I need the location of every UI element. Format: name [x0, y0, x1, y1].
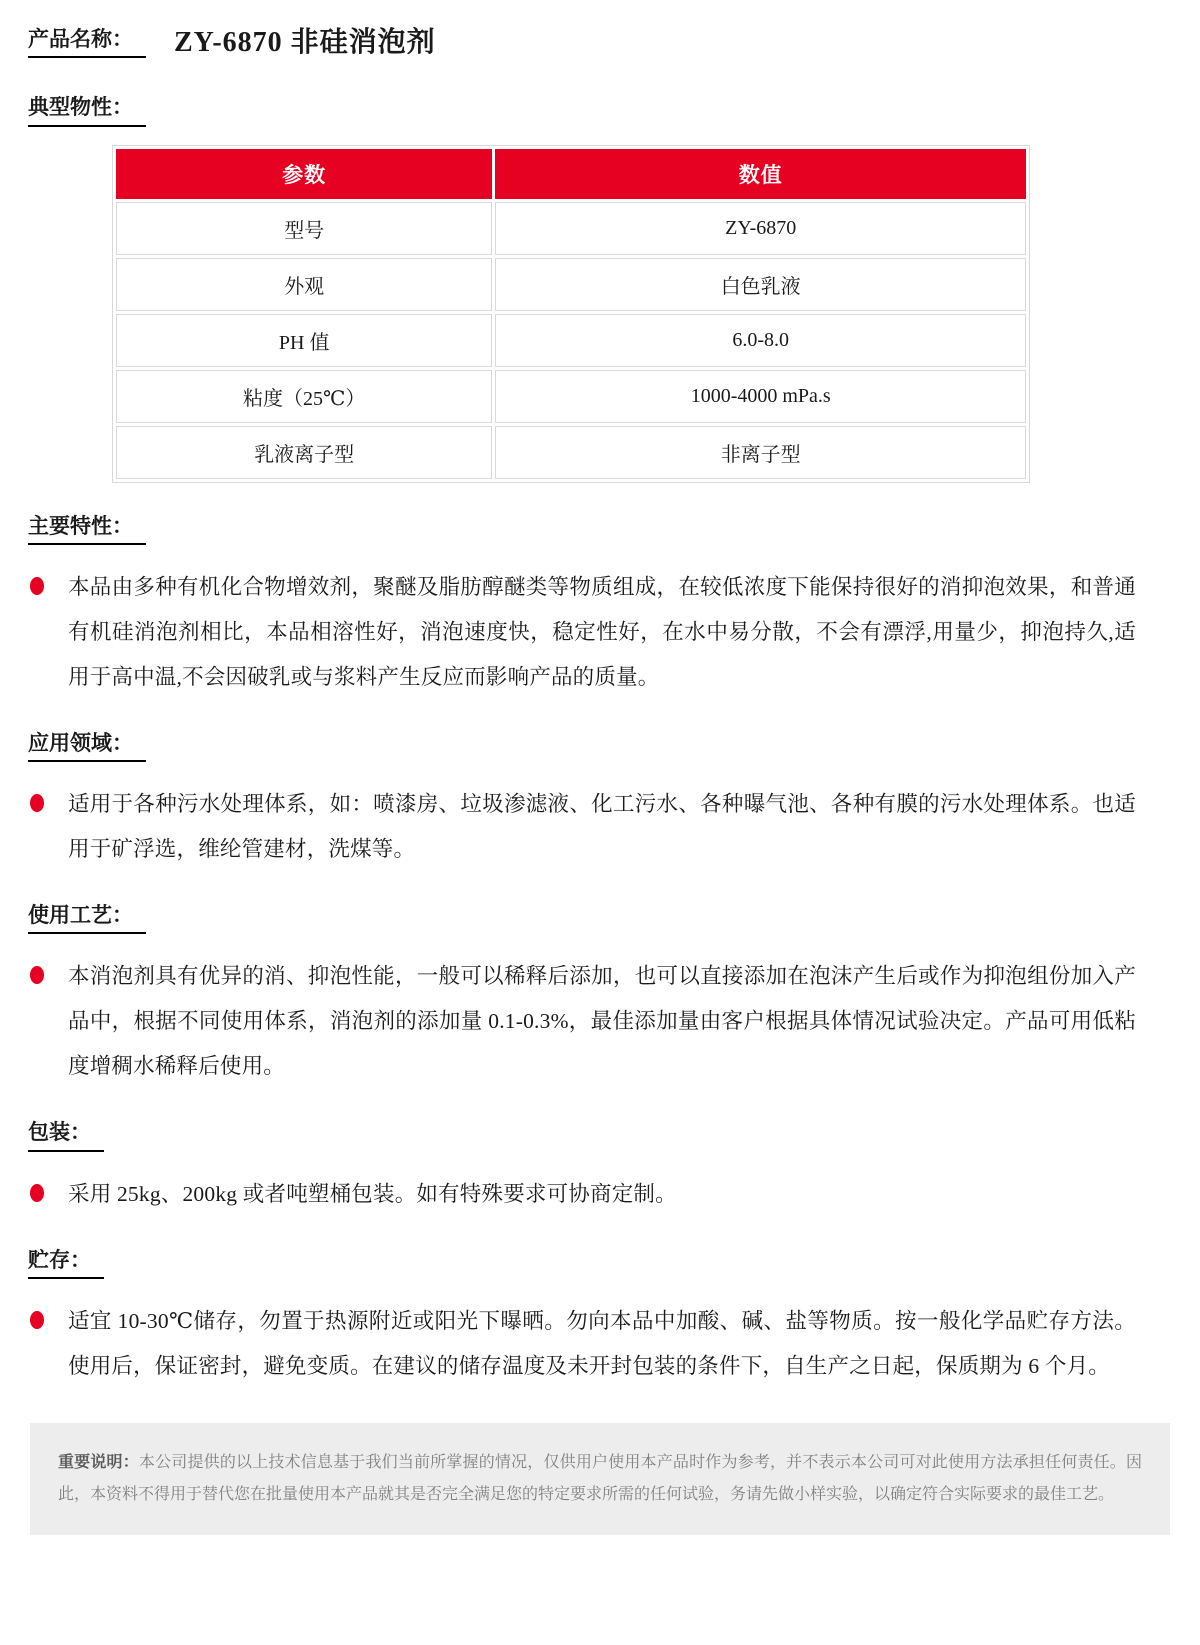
- bullet-icon: [30, 1311, 44, 1329]
- usage-process-text: 本消泡剂具有优异的消、抑泡性能，一般可以稀释后添加，也可以直接添加在泡沫产生后或…: [68, 954, 1136, 1089]
- section-usage-process: 使用工艺：: [28, 902, 1200, 934]
- param-cell: 乳液离子型: [116, 426, 492, 479]
- value-cell: 1000-4000 mPa.s: [495, 370, 1026, 423]
- table-row: PH 值 6.0-8.0: [116, 314, 1026, 367]
- section-heading-usage-process: 使用工艺：: [28, 902, 146, 934]
- param-cell: PH 值: [116, 314, 492, 367]
- section-heading-storage: 贮存：: [28, 1247, 104, 1279]
- table-row: 外观 白色乳液: [116, 258, 1026, 311]
- bullet-icon: [30, 1184, 44, 1202]
- value-cell: 非离子型: [495, 426, 1026, 479]
- application-areas-text: 适用于各种污水处理体系，如：喷漆房、垃圾渗滤液、化工污水、各种曝气池、各种有膜的…: [68, 782, 1136, 872]
- section-storage: 贮存：: [28, 1247, 1200, 1279]
- storage-text: 适宜 10-30℃储存，勿置于热源附近或阳光下曝晒。勿向本品中加酸、碱、盐等物质…: [68, 1299, 1136, 1389]
- column-header-parameter: 参数: [116, 149, 492, 199]
- section-heading-typical-properties: 典型物性：: [28, 94, 146, 126]
- page-title: ZY-6870 非硅消泡剂: [174, 28, 436, 59]
- section-packaging: 包装：: [28, 1119, 1200, 1151]
- param-cell: 外观: [116, 258, 492, 311]
- list-item: 适用于各种污水处理体系，如：喷漆房、垃圾渗滤液、化工污水、各种曝气池、各种有膜的…: [30, 782, 1136, 872]
- section-heading-main-features: 主要特性：: [28, 513, 146, 545]
- important-notice-box: 重要说明：本公司提供的以上技术信息基于我们当前所掌握的情况，仅供用户使用本产品时…: [30, 1423, 1170, 1535]
- value-cell: ZY-6870: [495, 202, 1026, 255]
- value-cell: 6.0-8.0: [495, 314, 1026, 367]
- list-item: 本品由多种有机化合物增效剂，聚醚及脂肪醇醚类等物质组成，在较低浓度下能保持很好的…: [30, 565, 1136, 700]
- table-row: 乳液离子型 非离子型: [116, 426, 1026, 479]
- section-application-areas: 应用领域：: [28, 730, 1200, 762]
- properties-table: 参数 数值 型号 ZY-6870 外观 白色乳液 PH 值 6.0-8.0 粘度…: [112, 145, 1030, 483]
- packaging-text: 采用 25kg、200kg 或者吨塑桶包装。如有特殊要求可协商定制。: [68, 1172, 1136, 1217]
- bullet-icon: [30, 577, 44, 595]
- section-heading-packaging: 包装：: [28, 1119, 104, 1151]
- main-features-text: 本品由多种有机化合物增效剂，聚醚及脂肪醇醚类等物质组成，在较低浓度下能保持很好的…: [68, 565, 1136, 700]
- param-cell: 型号: [116, 202, 492, 255]
- notice-text: 本公司提供的以上技术信息基于我们当前所掌握的情况，仅供用户使用本产品时作为参考，…: [58, 1454, 1142, 1503]
- column-header-value: 数值: [495, 149, 1026, 199]
- bullet-icon: [30, 966, 44, 984]
- section-main-features: 主要特性：: [28, 513, 1200, 545]
- list-item: 采用 25kg、200kg 或者吨塑桶包装。如有特殊要求可协商定制。: [30, 1172, 1136, 1217]
- table-row: 粘度（25℃） 1000-4000 mPa.s: [116, 370, 1026, 423]
- section-heading-application-areas: 应用领域：: [28, 730, 146, 762]
- value-cell: 白色乳液: [495, 258, 1026, 311]
- table-header-row: 参数 数值: [116, 149, 1026, 199]
- param-cell: 粘度（25℃）: [116, 370, 492, 423]
- list-item: 本消泡剂具有优异的消、抑泡性能，一般可以稀释后添加，也可以直接添加在泡沫产生后或…: [30, 954, 1136, 1089]
- bullet-icon: [30, 794, 44, 812]
- product-name-label: 产品名称：: [28, 26, 146, 58]
- list-item: 适宜 10-30℃储存，勿置于热源附近或阳光下曝晒。勿向本品中加酸、碱、盐等物质…: [30, 1299, 1136, 1389]
- table-row: 型号 ZY-6870: [116, 202, 1026, 255]
- notice-label: 重要说明：: [58, 1454, 139, 1471]
- section-typical-properties: 典型物性：: [28, 94, 1200, 126]
- document-title-row: 产品名称： ZY-6870 非硅消泡剂: [28, 26, 1134, 58]
